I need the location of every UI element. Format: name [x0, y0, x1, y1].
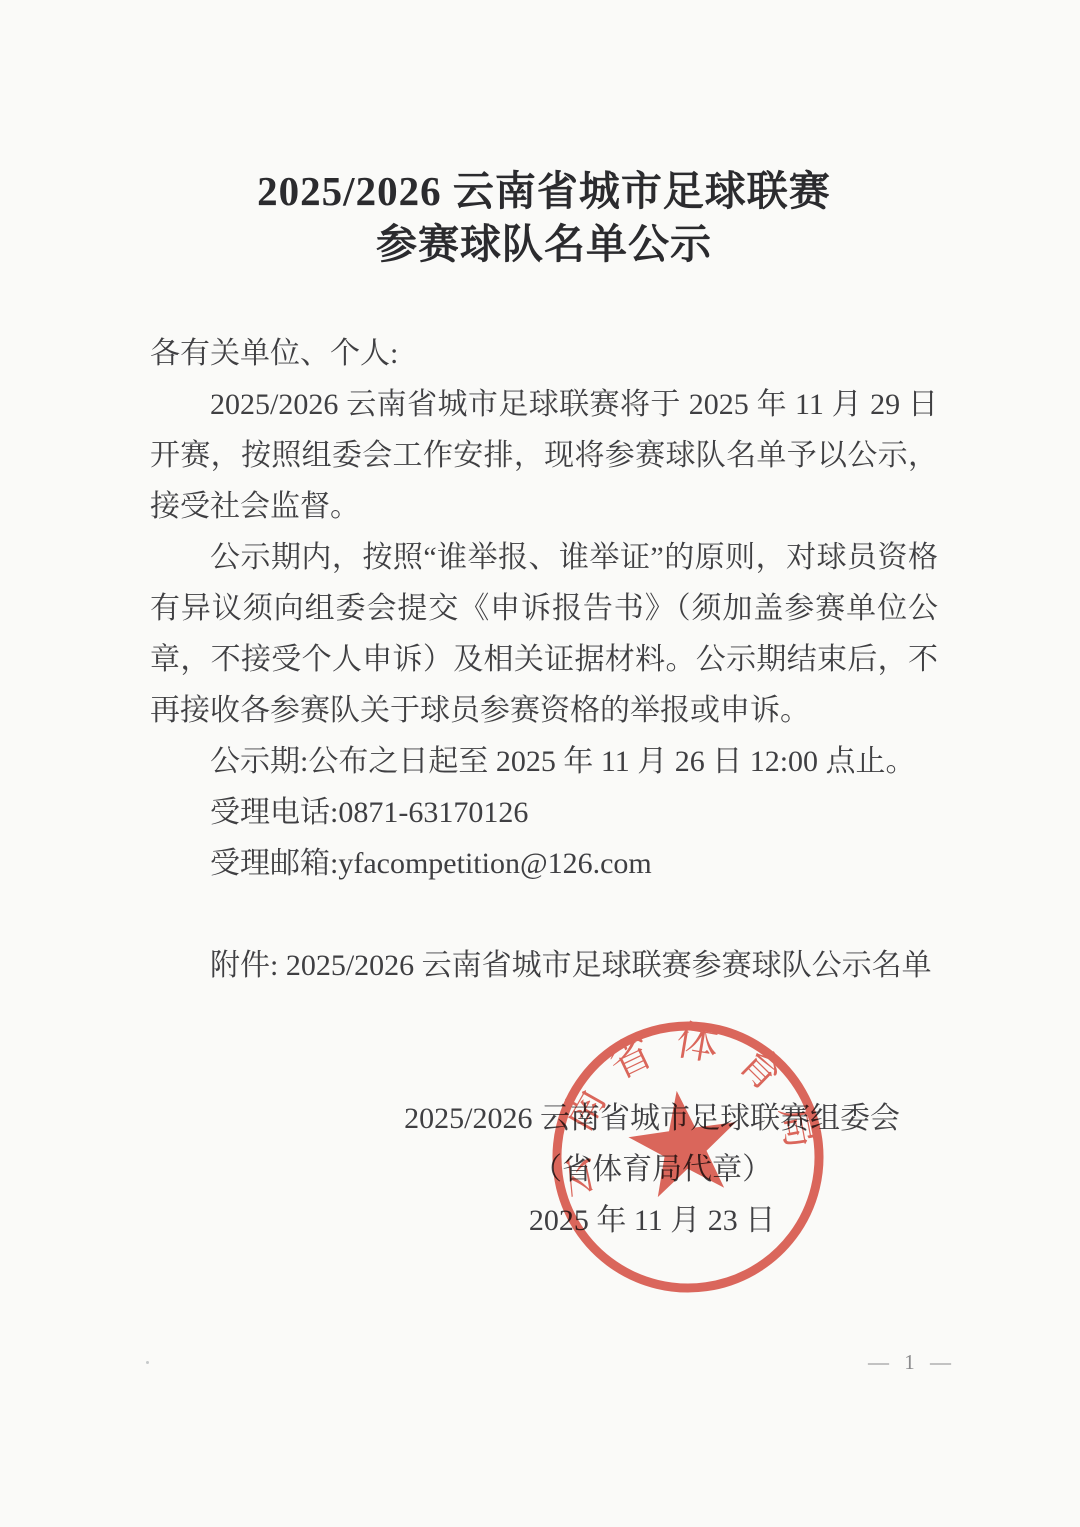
document-title: 2025/2026 云南省城市足球联赛 参赛球队名单公示	[150, 165, 938, 271]
email-line: 受理邮箱:yfacompetition@126.com	[150, 838, 938, 889]
signature-on-behalf: （省体育局代章）	[404, 1144, 900, 1195]
document-page: 2025/2026 云南省城市足球联赛 参赛球队名单公示 各有关单位、个人: 2…	[0, 0, 1080, 1527]
signature-committee: 2025/2026 云南省城市足球联赛组委会	[404, 1093, 900, 1144]
salutation: 各有关单位、个人:	[150, 328, 938, 379]
scan-artifact-dot	[146, 1361, 149, 1364]
paragraph-appeal-rules: 公示期内，按照“谁举报、谁举证”的原则，对球员资格有异议须向组委会提交《申诉报告…	[150, 532, 938, 736]
attachment-line: 附件: 2025/2026 云南省城市足球联赛参赛球队公示名单	[150, 940, 938, 991]
phone-line: 受理电话:0871-63170126	[150, 787, 938, 838]
title-line-2: 参赛球队名单公示	[376, 221, 712, 267]
publicity-period-line: 公示期:公布之日起至 2025 年 11 月 26 日 12:00 点止。	[150, 736, 938, 787]
signature-block: 2025/2026 云南省城市足球联赛组委会 （省体育局代章） 2025 年 1…	[404, 1093, 900, 1246]
document-content: 2025/2026 云南省城市足球联赛 参赛球队名单公示 各有关单位、个人: 2…	[150, 165, 938, 1246]
document-body: 各有关单位、个人: 2025/2026 云南省城市足球联赛将于 2025 年 1…	[150, 328, 938, 991]
signature-date: 2025 年 11 月 23 日	[404, 1195, 900, 1246]
page-number: — 1 —	[852, 1350, 972, 1375]
paragraph-announcement: 2025/2026 云南省城市足球联赛将于 2025 年 11 月 29 日开赛…	[150, 379, 938, 532]
title-line-1: 2025/2026 云南省城市足球联赛	[257, 168, 831, 214]
